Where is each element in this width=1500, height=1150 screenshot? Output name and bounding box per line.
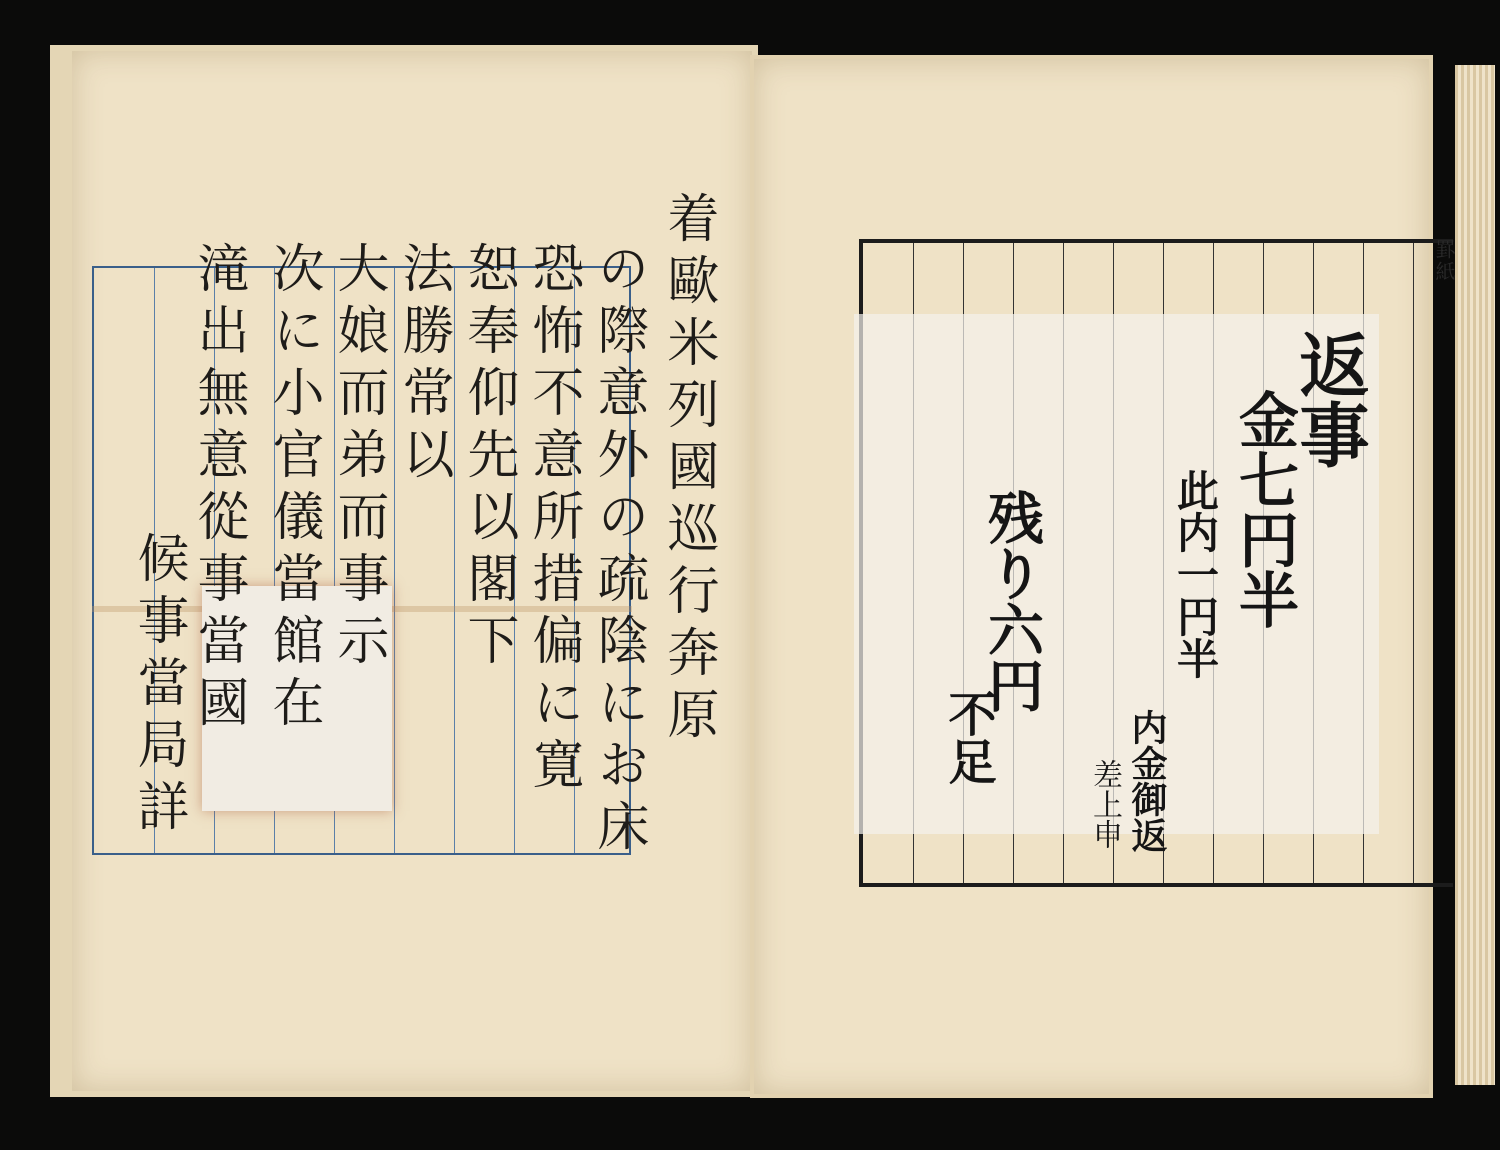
left-page: 着歐米列國巡行奔原 の際意外の疏陰にお床 恐怖不意所措偏に寛 恕奉仰先以閣下 法… bbox=[50, 45, 758, 1097]
note-column: 此内一円半 bbox=[1174, 469, 1216, 679]
text-column: 候事當局詳 bbox=[132, 531, 184, 841]
text-column: 法勝常以 bbox=[397, 241, 449, 489]
note-column: 不足 bbox=[944, 689, 992, 785]
page-edges bbox=[1455, 65, 1495, 1085]
margin-label: 罫紙 bbox=[1419, 239, 1459, 889]
note-column: 返事 bbox=[1294, 329, 1364, 469]
text-column: 滝出無意從事當國 bbox=[192, 241, 244, 737]
text-column: 大娘而弟而事示 bbox=[332, 241, 384, 675]
note-column: 金七円半 bbox=[1234, 389, 1294, 629]
text-column: 次に小官儀當館在 bbox=[267, 241, 319, 737]
right-page: 返事 金七円半 此内一円半 内金御返 差上申 残り六円 不足 罫紙 bbox=[750, 55, 1433, 1098]
text-column: 恕奉仰先以閣下 bbox=[462, 241, 514, 675]
note-column: 内金御返 bbox=[1129, 709, 1165, 853]
text-column: 着歐米列國巡行奔原 bbox=[662, 191, 714, 749]
note-column: 差上申 bbox=[1089, 759, 1119, 849]
note-column: 残り六円 bbox=[984, 489, 1040, 713]
text-column: の際意外の疏陰にお床 bbox=[592, 241, 644, 861]
open-book: 着歐米列國巡行奔原 の際意外の疏陰にお床 恐怖不意所措偏に寛 恕奉仰先以閣下 法… bbox=[50, 45, 1455, 1095]
text-column: 恐怖不意所措偏に寛 bbox=[527, 241, 579, 799]
